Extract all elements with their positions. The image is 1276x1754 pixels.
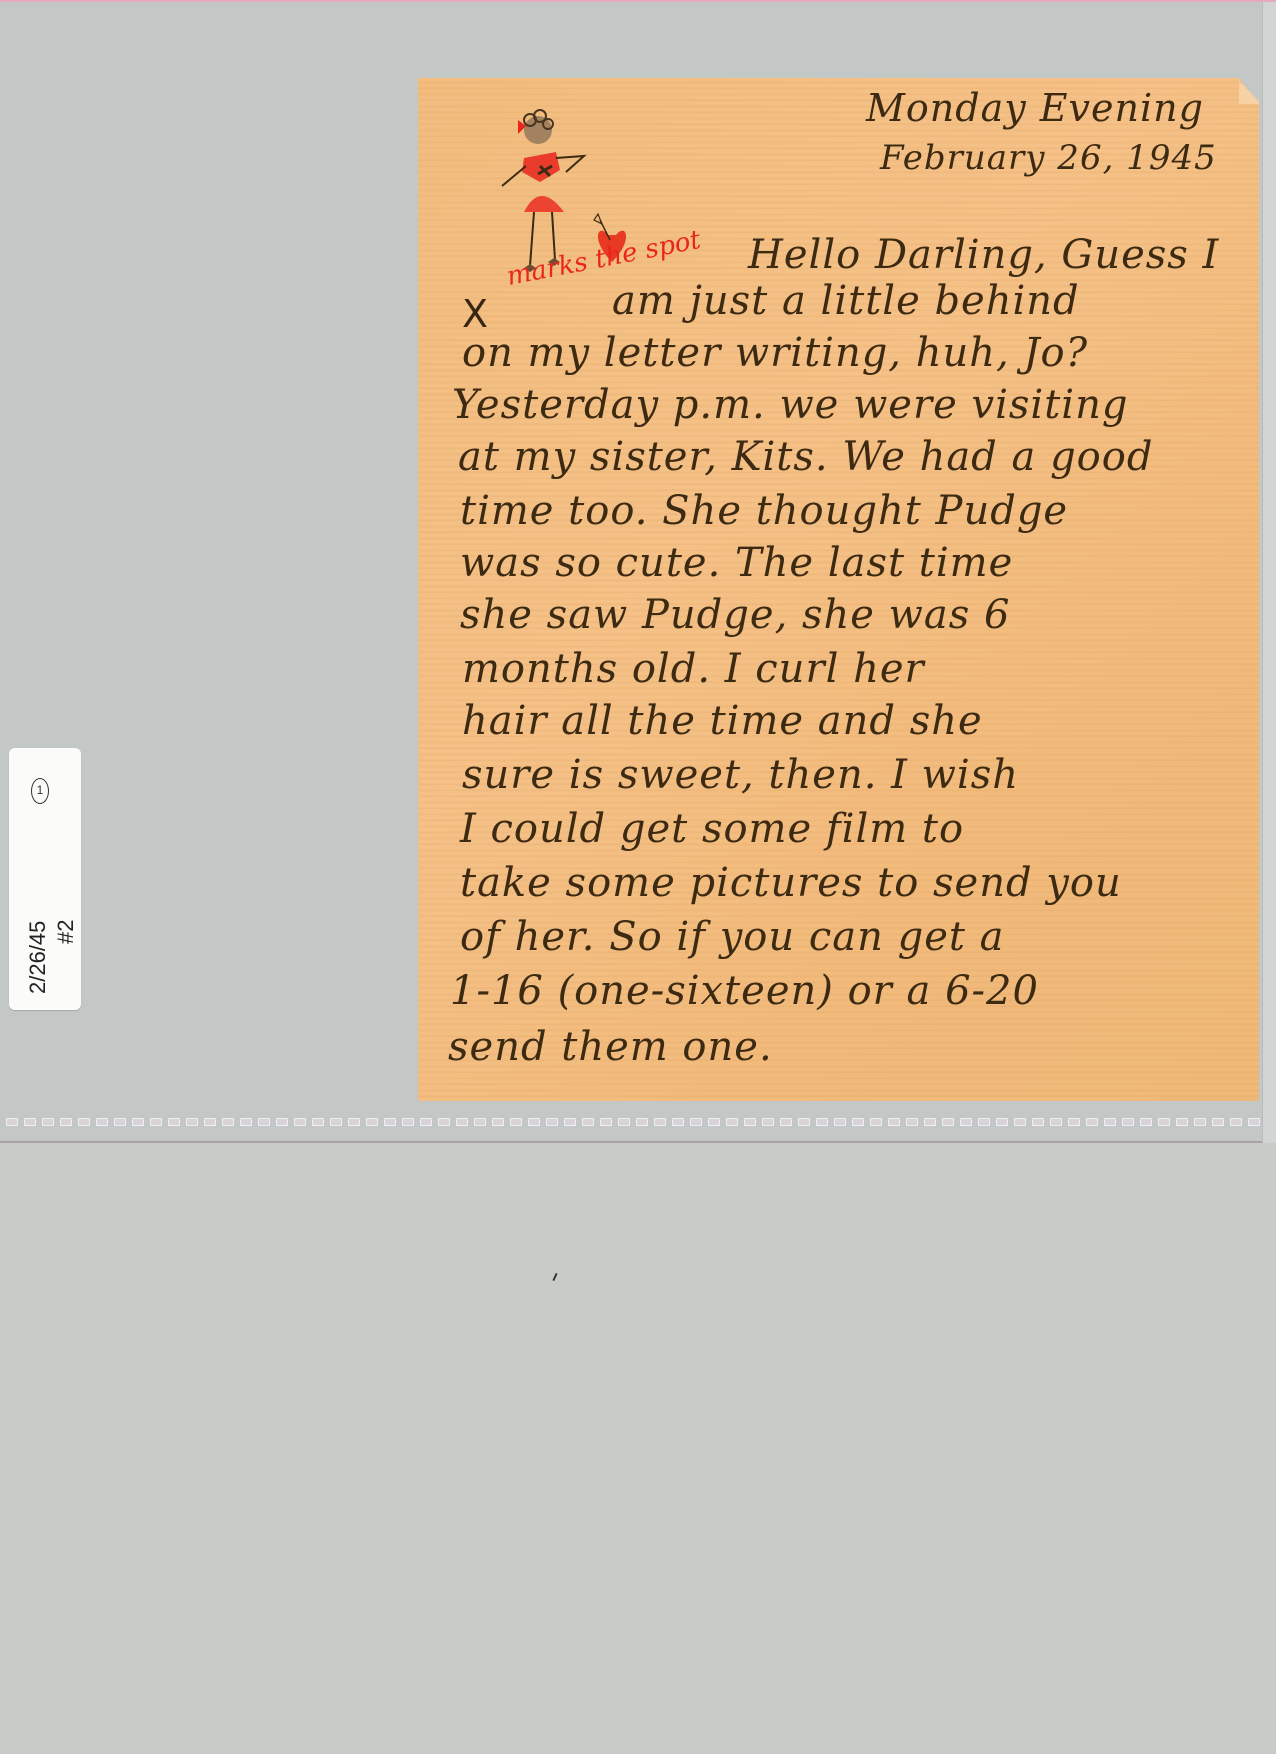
seal-dash: [780, 1118, 792, 1126]
seal-dash: [528, 1118, 540, 1126]
seal-dash: [132, 1118, 144, 1126]
seal-dash: [654, 1118, 666, 1126]
seal-dash: [114, 1118, 126, 1126]
seal-dash: [798, 1118, 810, 1126]
seal-dash: [384, 1118, 396, 1126]
seal-dash: [1104, 1118, 1116, 1126]
letter-line: Hello Darling, Guess I: [748, 232, 1219, 278]
letter-line: time too. She thought Pudge: [460, 488, 1068, 534]
letter-line: 1-16 (one-sixteen) or a 6-20: [450, 968, 1039, 1014]
seal-dash: [960, 1118, 972, 1126]
seal-dash: [618, 1118, 630, 1126]
seal-dash: [690, 1118, 702, 1126]
seal-dash: [600, 1118, 612, 1126]
seal-dash: [1158, 1118, 1170, 1126]
label-date: 2/26/45: [25, 921, 51, 994]
seal-dash: [1086, 1118, 1098, 1126]
letter-line: she saw Pudge, she was 6: [460, 592, 1010, 638]
archive-label: 1 2/26/45 #2: [9, 748, 81, 1010]
page-marker: 1: [31, 778, 49, 804]
seal-dash: [204, 1118, 216, 1126]
seal-dash: [1122, 1118, 1134, 1126]
letter-line: am just a little behind: [612, 278, 1080, 324]
letter-line: take some pictures to send you: [460, 860, 1122, 906]
seal-dash: [978, 1118, 990, 1126]
seal-dash: [474, 1118, 486, 1126]
seal-dash: [312, 1118, 324, 1126]
folded-corner: [1239, 78, 1259, 104]
seal-dash: [582, 1118, 594, 1126]
seal-dash: [6, 1118, 18, 1126]
sleeve-right-edge: [1262, 2, 1276, 1143]
seal-dash: [870, 1118, 882, 1126]
seal-dash: [1248, 1118, 1260, 1126]
seal-dash: [402, 1118, 414, 1126]
dateline-day: Monday Evening: [866, 86, 1204, 130]
seal-dash: [924, 1118, 936, 1126]
seal-dash: [24, 1118, 36, 1126]
seal-dash: [510, 1118, 522, 1126]
seal-dash: [78, 1118, 90, 1126]
letter-line: send them one.: [448, 1024, 773, 1070]
seal-dash: [60, 1118, 72, 1126]
seal-dash: [906, 1118, 918, 1126]
seal-dash: [1032, 1118, 1044, 1126]
seal-dash: [1050, 1118, 1062, 1126]
seal-dash: [420, 1118, 432, 1126]
seal-dash: [1176, 1118, 1188, 1126]
seal-dash: [834, 1118, 846, 1126]
letter-line: months old. I curl her: [462, 646, 925, 692]
seal-dash: [1230, 1118, 1242, 1126]
seal-dash: [564, 1118, 576, 1126]
seal-dash: [258, 1118, 270, 1126]
seal-dash: [240, 1118, 252, 1126]
seal-dash: [1194, 1118, 1206, 1126]
letter-line: Yesterday p.m. we were visiting: [452, 382, 1128, 428]
seal-dash: [348, 1118, 360, 1126]
seal-dash: [96, 1118, 108, 1126]
seal-dash: [1014, 1118, 1026, 1126]
seal-dash: [330, 1118, 342, 1126]
seal-dash: [996, 1118, 1008, 1126]
seal-dash: [42, 1118, 54, 1126]
letter-line: on my letter writing, huh, Jo?: [462, 330, 1088, 376]
seal-dash: [168, 1118, 180, 1126]
seal-dash: [888, 1118, 900, 1126]
letter-line: sure is sweet, then. I wish: [462, 752, 1019, 798]
seal-dash: [456, 1118, 468, 1126]
letter-line: I could get some film to: [460, 806, 964, 852]
seal-dash: [852, 1118, 864, 1126]
seal-dash: [492, 1118, 504, 1126]
dateline-date: February 26, 1945: [880, 138, 1217, 178]
seal-dash: [546, 1118, 558, 1126]
stray-mark: [552, 1273, 557, 1281]
seal-dash: [150, 1118, 162, 1126]
seal-dash: [708, 1118, 720, 1126]
seal-dash: [1068, 1118, 1080, 1126]
seal-dash: [942, 1118, 954, 1126]
seal-dash: [222, 1118, 234, 1126]
seal-dash: [438, 1118, 450, 1126]
label-item-number: #2: [53, 920, 79, 944]
seal-dash: [672, 1118, 684, 1126]
letter-line: at my sister, Kits. We had a good: [458, 434, 1153, 480]
seal-dash: [744, 1118, 756, 1126]
seal-dash: [276, 1118, 288, 1126]
letter-line: of her. So if you can get a: [460, 914, 1005, 960]
letter-line: was so cute. The last time: [460, 540, 1013, 586]
letter-line: hair all the time and she: [462, 698, 983, 744]
seal-dash: [636, 1118, 648, 1126]
seal-dash: [186, 1118, 198, 1126]
seal-dash: [294, 1118, 306, 1126]
seal-dash: [1140, 1118, 1152, 1126]
seal-dash: [366, 1118, 378, 1126]
seal-dash: [726, 1118, 738, 1126]
seal-dash: [816, 1118, 828, 1126]
seal-dash: [762, 1118, 774, 1126]
seal-dash: [1212, 1118, 1224, 1126]
